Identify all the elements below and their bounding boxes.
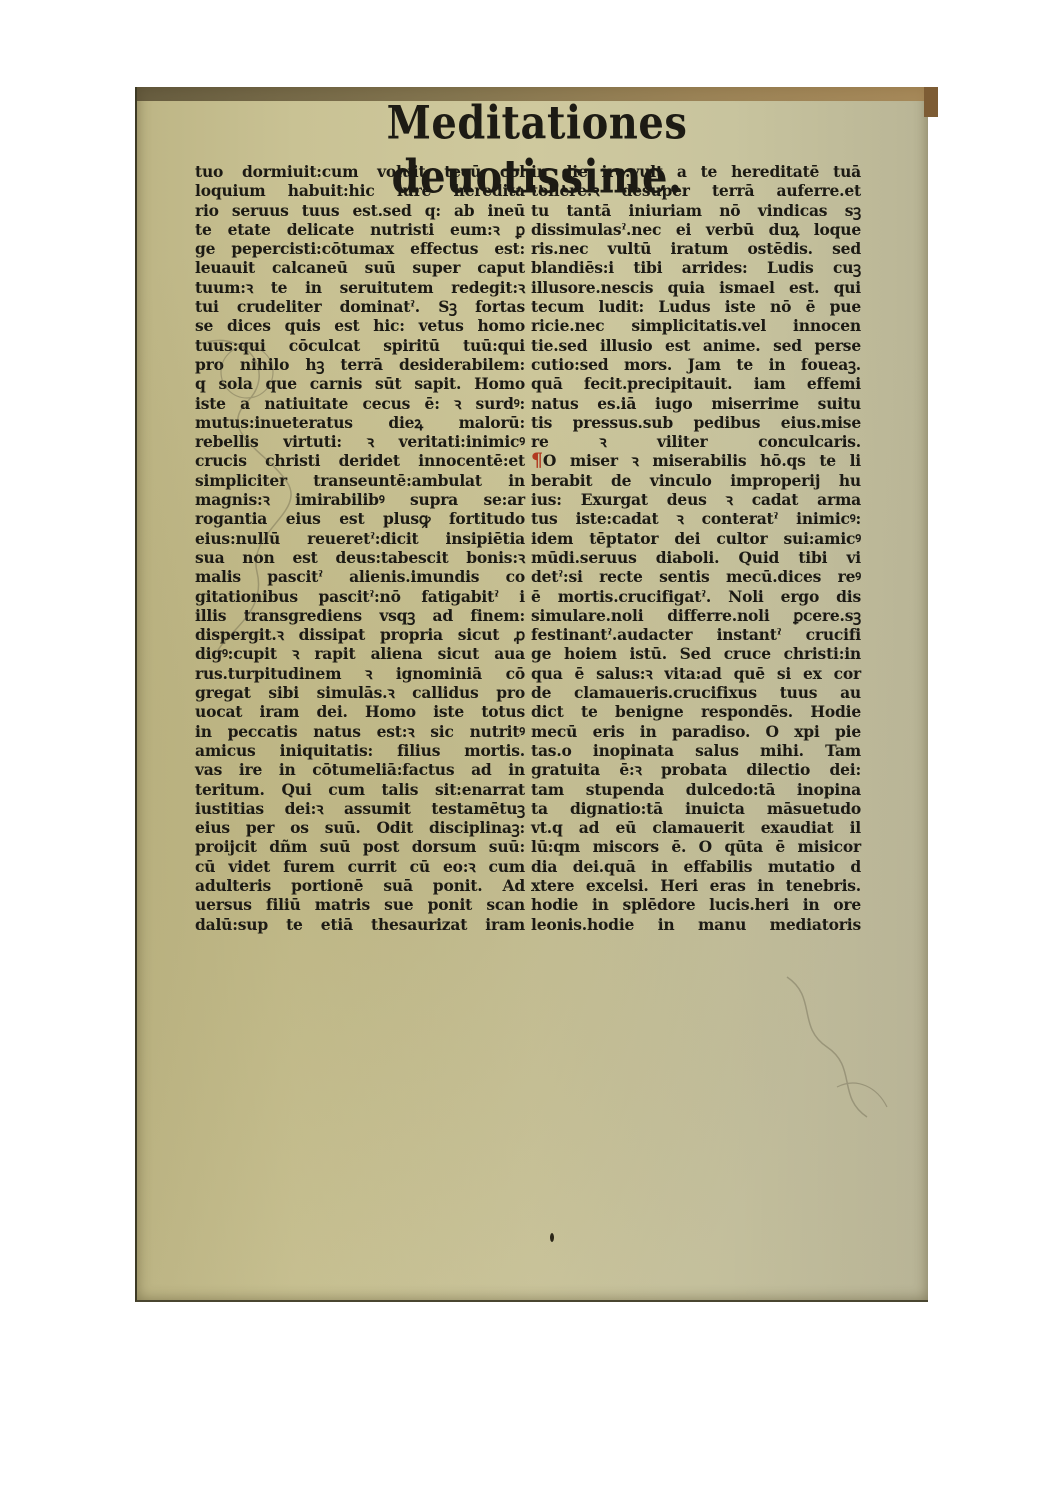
text-line: rogantia eius est plusꝙ fortitudo — [195, 509, 525, 528]
text-line: tam stupenda dulcedo:tā inopina — [531, 780, 861, 799]
text-line: ta dignatio:tā inuicta māsuetudo — [531, 799, 861, 818]
text-line: mutus:inueteratus dieꝝ malorū: — [195, 413, 525, 432]
signature-mark — [550, 1233, 554, 1242]
text-line: hodie in splēdore lucis.heri in ore — [531, 895, 861, 914]
text-line-content: O miser ꝛ miserabilis hō.qs te li — [543, 451, 861, 470]
text-line: eius:nullū reueretˀ:dicit insipiētia — [195, 529, 525, 548]
text-line: in peccatis natus est:ꝛ sic nutritꝰ — [195, 722, 525, 741]
text-line: simulare.noli differre.noli ꝑcere.sꝫ — [531, 606, 861, 625]
text-line: cutio:sed mors. Jam te in foueaꝫ. — [531, 355, 861, 374]
text-line: xtere excelsi. Heri eras in tenebris. — [531, 876, 861, 895]
text-line: tui crudeliter dominatˀ. Sꝫ fortas — [195, 297, 525, 316]
text-line: dispergit.ꝛ dissipat propria sicut ꝓ — [195, 625, 525, 644]
text-line: rus.turpitudinem ꝛ ignominiā cō — [195, 664, 525, 683]
text-line: loquium habuit:hic iure heredita — [195, 181, 525, 200]
text-line: digꝰ:cupit ꝛ rapit aliena sicut aua — [195, 644, 525, 663]
text-line: vas ire in cōtumeliā:factus ad in — [195, 760, 525, 779]
text-line: ricie.nec simplicitatis.vel innocen — [531, 316, 861, 335]
text-line: gratuita ē:ꝛ probata dilectio dei: — [531, 760, 861, 779]
text-line: uocat iram dei. Homo iste totus — [195, 702, 525, 721]
text-line: vt.q ad eū clamauerit exaudiat il — [531, 818, 861, 837]
text-line: illusore.nescis quia ismael est. qui — [531, 278, 861, 297]
text-line: malis pascitˀ alienis.imundis co — [195, 567, 525, 586]
text-line: amicus iniquitatis: filius mortis. — [195, 741, 525, 760]
text-line: mūdi.seruus diaboli. Quid tibi vi — [531, 548, 861, 567]
text-line: illis transgrediens vsqꝫ ad finem: — [195, 606, 525, 625]
text-line: simpliciter transeuntē:ambulat in — [195, 471, 525, 490]
text-line: dia dei.quā in effabilis mutatio d — [531, 857, 861, 876]
text-line: detˀ:si recte sentis mecū.dices reꝰ — [531, 567, 861, 586]
manuscript-leaf: Meditationes deuotissime. tuo dormiuit:c… — [135, 87, 928, 1302]
text-line: rio seruus tuus est.sed q: ab ineū — [195, 201, 525, 220]
text-line: natus es.iā iugo miserrime suitu — [531, 394, 861, 413]
text-line: dissimulasˀ.nec ei verbū duꝝ loque — [531, 220, 861, 239]
text-line: adulteris portionē suā ponit. Ad — [195, 876, 525, 895]
text-line: lū:qm miscors ē. O qūta ē misicor — [531, 837, 861, 856]
text-line: iustitias dei:ꝛ assumit testamētuꝫ — [195, 799, 525, 818]
text-line: ge pepercisti:cōtumax effectus est: — [195, 239, 525, 258]
text-line: tuo dormiuit:cum voluit tecū col — [195, 162, 525, 181]
text-line: dict te benigne respondēs. Hodie — [531, 702, 861, 721]
text-line: tie.sed illusio est anime. sed perse — [531, 336, 861, 355]
text-line: q sola que carnis sūt sapit. Homo — [195, 374, 525, 393]
text-line: gregat sibi simulās.ꝛ callidus pro — [195, 683, 525, 702]
text-line: eius per os suū. Odit disciplinaꝫ: — [195, 818, 525, 837]
text-line: de clamaueris.crucifixus tuus au — [531, 683, 861, 702]
text-line: te etate delicate nutristi eum:ꝛ ꝑ — [195, 220, 525, 239]
text-line: ris.nec vultū iratum ostēdis. sed — [531, 239, 861, 258]
text-line: ius: Exurgat deus ꝛ cadat arma — [531, 490, 861, 509]
text-line: blandiēs:i tibi arrides: Ludis cuꝫ — [531, 258, 861, 277]
text-line: sua non est deus:tabescit bonis:ꝛ — [195, 548, 525, 567]
text-line: leuauit calcaneū suū super caput — [195, 258, 525, 277]
text-line: proijcit dñm suū post dorsum suū: — [195, 837, 525, 856]
text-line: mecū eris in paradiso. O xpi pie — [531, 722, 861, 741]
text-line: pro nihilo hꝫ terrā desiderabilem: — [195, 355, 525, 374]
text-line: idem tēptator dei cultor sui:amicꝰ — [531, 529, 861, 548]
binding-tab — [924, 87, 938, 117]
text-line: ē mortis.crucifigatˀ. Noli ergo dis — [531, 587, 861, 606]
text-line: re ꝛ viliter conculcaris. — [531, 432, 861, 451]
text-line: rebellis virtuti: ꝛ veritati:inimicꝰ — [195, 432, 525, 451]
text-line: dalū:sup te etiā thesaurizat iram — [195, 915, 525, 934]
text-line: crucis christi deridet innocentē:et — [195, 451, 525, 470]
text-line: berabit de vinculo improperij hu — [531, 471, 861, 490]
text-line: tecum ludit: Ludus iste nō ē pue — [531, 297, 861, 316]
text-line: teritum. Qui cum talis sit:enarrat — [195, 780, 525, 799]
text-line: tus iste:cadat ꝛ conteratˀ inimicꝰ: — [531, 509, 861, 528]
text-column-left: tuo dormiuit:cum voluit tecū colloquium … — [195, 162, 525, 934]
rubric-paragraph-mark: ¶ — [531, 449, 543, 471]
text-line: tollere:ꝛ desuper terrā auferre.et — [531, 181, 861, 200]
text-line: se dices quis est hic: vetus homo — [195, 316, 525, 335]
text-line: in die ire:vult a te hereditatē tuā — [531, 162, 861, 181]
text-column-right: in die ire:vult a te hereditatē tuātolle… — [531, 162, 861, 934]
text-line: qua ē salus:ꝛ vita:ad quē si ex cor — [531, 664, 861, 683]
text-line: gitationibus pascitˀ:nō fatigabitˀ i — [195, 587, 525, 606]
text-line: tuus:qui cōculcat spiritū tuū:qui — [195, 336, 525, 355]
text-line: ¶O miser ꝛ miserabilis hō.qs te li — [531, 451, 861, 470]
text-line: tu tantā iniuriam nō vindicas sꝫ — [531, 201, 861, 220]
text-line: leonis.hodie in manu mediatoris — [531, 915, 861, 934]
paper-watermark-right — [777, 967, 897, 1127]
text-line: uersus filiū matris sue ponit scan — [195, 895, 525, 914]
text-line: quā fecit.precipitauit. iam effemi — [531, 374, 861, 393]
text-line: festinantˀ.audacter instantˀ crucifi — [531, 625, 861, 644]
text-line: tuum:ꝛ te in seruitutem redegit:ꝛ — [195, 278, 525, 297]
text-line: iste a natiuitate cecus ē: ꝛ surdꝰ: — [195, 394, 525, 413]
text-line: magnis:ꝛ imirabilibꝰ supra se:ar — [195, 490, 525, 509]
text-line: tas.o inopinata salus mihi. Tam — [531, 741, 861, 760]
text-line: cū videt furem currit cū eo:ꝛ cum — [195, 857, 525, 876]
text-line: tis pressus.sub pedibus eius.mise — [531, 413, 861, 432]
text-line: ge hoiem istū. Sed cruce christi:in — [531, 644, 861, 663]
